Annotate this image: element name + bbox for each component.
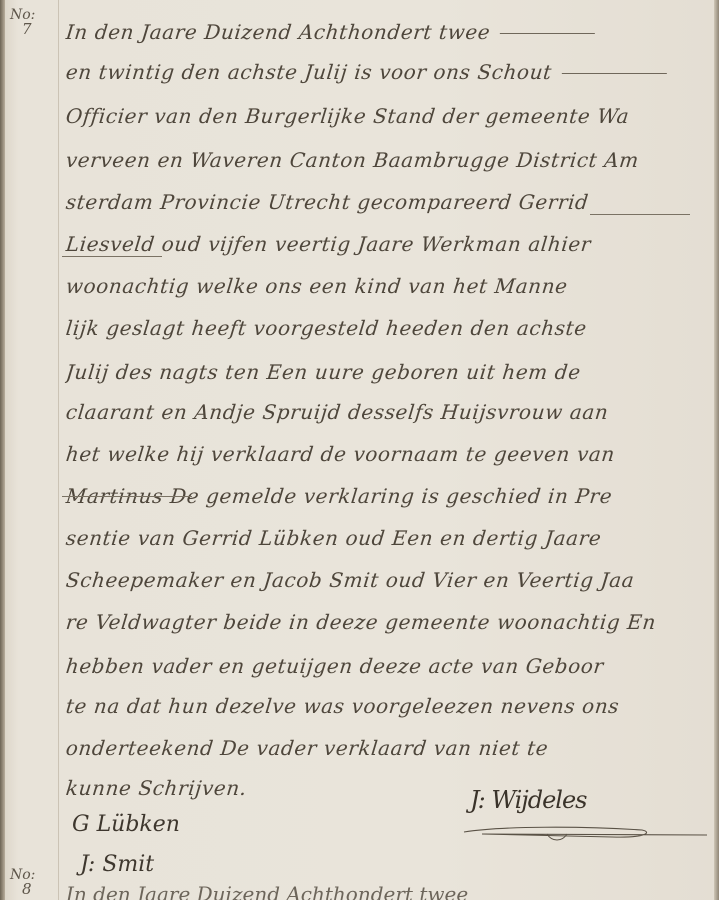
entry-number-value: 8 [10,882,35,896]
record-line-6: Liesveld oud vijfen veertig Jaare Werkma… [65,232,711,256]
book-spine-edge [0,0,5,900]
name-underline-martinus [62,496,192,497]
witness-signature-lubken: G Lübken [72,812,180,837]
record-line-17: te na dat hun dezelve was voorgeleezen n… [65,694,711,718]
record-line-5: sterdam Provincie Utrecht gecompareerd G… [65,190,711,214]
witness-signature-smit: J: Smit [80,852,154,877]
name-underline-gerrid [590,214,690,215]
record-line-16: hebben vader en getuijgen deeze acte van… [65,654,711,678]
fill-line [500,33,595,34]
record-line-8: lijk geslagt heeft voorgesteld heeden de… [65,316,711,340]
register-page: No: 7 In den Jaare Duizend Achthondert t… [0,0,719,900]
entry-number-7: No: 7 [10,8,35,36]
page-right-edge [714,0,719,900]
record-line-19: kunne Schrijven. [65,776,711,800]
record-line-7: woonachtig welke ons een kind van het Ma… [65,274,711,298]
record-line-10: claarant en Andje Spruijd desselfs Huijs… [65,400,711,424]
signature-flourish [462,822,712,842]
record-line-3: Officier van den Burgerlijke Stand der g… [65,104,711,128]
name-underline-liesveld [62,256,162,257]
record-line-13: sentie van Gerrid Lübken oud Een en dert… [65,526,711,550]
fill-line [562,73,667,74]
official-signature: J: Wijdeles [470,786,587,814]
record-line-18: onderteekend De vader verklaard van niet… [65,736,711,760]
record-line-4: verveen en Waveren Canton Baambrugge Dis… [65,148,711,172]
record-line-1: In den Jaare Duizend Achthondert twee [65,20,711,44]
record-line-15: re Veldwagter beide in deeze gemeente wo… [65,610,711,634]
record-line-14: Scheepemaker en Jacob Smit oud Vier en V… [65,568,711,592]
next-record-line-1: In den Jaare Duizend Achthondert twee [66,882,709,900]
record-line-11: het welke hij verklaard de voornaam te g… [65,442,711,466]
entry-number-8: No: 8 [10,868,35,896]
entry-number-value: 7 [10,22,35,36]
margin-rule [58,0,59,900]
record-line-9: Julij des nagts ten Een uure geboren uit… [65,360,711,384]
record-line-2: en twintig den achste Julij is voor ons … [65,60,711,84]
